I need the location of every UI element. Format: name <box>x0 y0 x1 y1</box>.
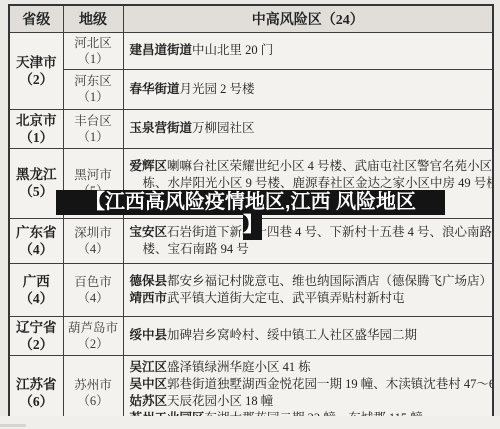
risk-cell: 建昌道街道中山北里 20 门 <box>123 32 493 69</box>
header-province: 省级 <box>9 5 63 32</box>
city-cell-baise: 百色市 （4） <box>63 263 123 316</box>
city-cell-fengtai: 丰台区 （1） <box>63 109 123 148</box>
table-row-guangxi: 广西（4） 百色市 （4） 德保县都安乡福记村陇意屯、维也纳国际酒店（德保腾飞广… <box>9 263 493 316</box>
risk-line: 吴中区郭巷街道独墅湖西金悦花园一期 19 幢、木渎镇沈巷村 47～69 号 <box>130 376 487 393</box>
risk-line: 建昌道街道中山北里 20 门 <box>130 42 487 59</box>
city-cell-huludao: 葫芦岛市 （2） <box>63 316 123 355</box>
risk-line: 靖西市武平镇大道街大定屯、武平镇弄贴村新村屯 <box>130 290 487 307</box>
risk-cell: 德保县都安乡福记村陇意屯、维也纳国际酒店（德保腾飞广场店） 靖西市武平镇大道街大… <box>123 263 493 316</box>
risk-cell: 绥中县加碑岩乡窝岭村、绥中镇工人社区盛华园二期 <box>123 316 493 355</box>
page-bottom-margin <box>0 416 500 429</box>
header-city: 地级 <box>63 5 123 32</box>
table-row-tianjin-hedong: 河东区 （1） 春华街道月光园 2 号楼 <box>9 69 493 109</box>
province-cell-tianjin: 天津市 （2） <box>9 32 63 109</box>
risk-line: 德保县都安乡福记村陇意屯、维也纳国际酒店（德保腾飞广场店） <box>130 273 487 290</box>
risk-cell: 春华街道月光园 2 号楼 <box>123 69 493 109</box>
risk-line: 楼、宝石南路 94 号 <box>130 241 487 258</box>
table-row-liaoning: 辽宁省 （2） 葫芦岛市 （2） 绥中县加碑岩乡窝岭村、绥中镇工人社区盛华园二期 <box>9 316 493 355</box>
risk-line: 姑苏区天辰花园小区 18 幢 <box>130 393 487 410</box>
risk-line: 吴江区盛泽镇绿洲华庭小区 41 栋 <box>130 359 487 376</box>
province-cell-guangdong: 广东省 （4） <box>9 218 63 263</box>
risk-line: 春华街道月光园 2 号楼 <box>130 81 487 98</box>
risk-line: 栋、水岸阳光小区 9 号楼、鹿源春社区金达之家小区中房 49 号楼、 <box>130 175 487 192</box>
risk-line: 玉泉营街道万柳园社区 <box>130 120 487 137</box>
risk-line: 绥中县加碑岩乡窝岭村、绥中镇工人社区盛华园二期 <box>130 327 487 344</box>
header-risk-areas: 中高风险区（24） <box>123 5 493 32</box>
risk-line: 爱辉区喇嘛台社区荣耀世纪小区 4 号楼、武庙屯社区警官名苑小区 B <box>130 158 487 175</box>
table-row-tianjin-hebei: 天津市 （2） 河北区 （1） 建昌道街道中山北里 20 门 <box>9 32 493 69</box>
city-cell-hedongqu: 河东区 （1） <box>63 69 123 109</box>
table-row-beijing: 北京市 （1） 丰台区 （1） 玉泉营街道万柳园社区 <box>9 109 493 148</box>
risk-line: 宝安区石岩街道下新村十四巷 4 号、下新村十五巷 4 号、浪心南路 3 号 <box>130 224 487 241</box>
province-cell-heilongjiang: 黑龙江 （5） <box>9 148 63 218</box>
risk-cell: 玉泉营街道万柳园社区 <box>123 109 493 148</box>
scan-artifact <box>0 424 26 427</box>
table-header-row: 省级 地级 中高风险区（24） <box>9 5 493 32</box>
city-cell-hebeiqu: 河北区 （1） <box>63 32 123 69</box>
province-cell-liaoning: 辽宁省 （2） <box>9 316 63 355</box>
province-cell-guangxi: 广西（4） <box>9 263 63 316</box>
watermark-text-band: 【江西高风险疫情地区,江西 风险地区 <box>56 190 445 215</box>
risk-cell: 宝安区石岩街道下新村十四巷 4 号、下新村十五巷 4 号、浪心南路 3 号 楼、… <box>123 218 493 263</box>
city-cell-shenzhen: 深圳市 （4） <box>63 218 123 263</box>
province-cell-beijing: 北京市 （1） <box>9 109 63 148</box>
watermark-closing-bracket: 】 <box>243 213 262 240</box>
